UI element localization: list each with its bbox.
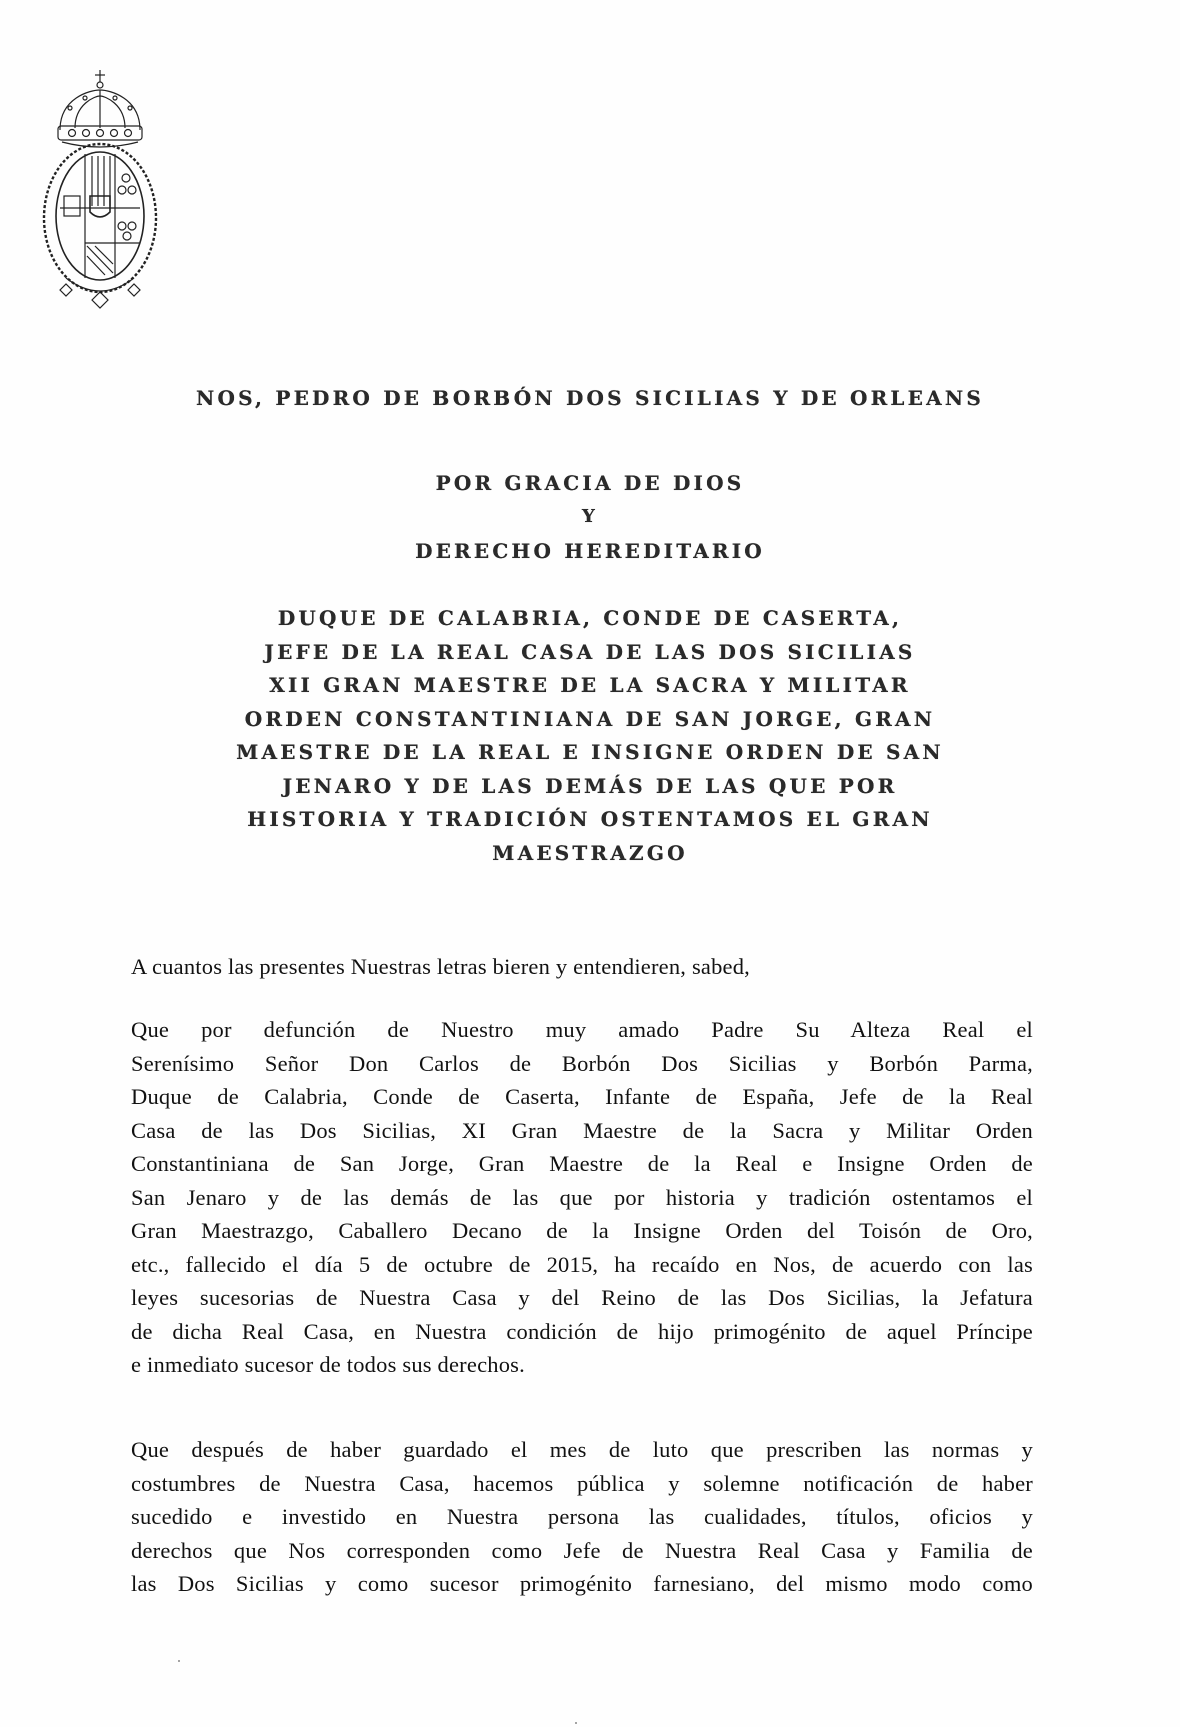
paragraph-line: Serenísimo Señor Don Carlos de Borbón Do… xyxy=(131,1047,1033,1081)
grace-line-1: POR GRACIA DE DIOS xyxy=(0,466,1180,500)
body-paragraph-2: Que después de haber guardado el mes de … xyxy=(131,1433,1033,1601)
title-line: ORDEN CONSTANTINIANA DE SAN JORGE, GRAN xyxy=(0,703,1180,737)
greeting-text: A cuantos las presentes Nuestras letras … xyxy=(131,950,1033,984)
paragraph-line: Duque de Calabria, Conde de Caserta, Inf… xyxy=(131,1080,1033,1114)
titles-heading: DUQUE DE CALABRIA, CONDE DE CASERTA, JEF… xyxy=(0,602,1180,870)
paragraph-line: etc., fallecido el día 5 de octubre de 2… xyxy=(131,1248,1033,1282)
paragraph-line: Gran Maestrazgo, Caballero Decano de la … xyxy=(131,1214,1033,1248)
document-page: NOS, PEDRO DE BORBÓN DOS SICILIAS Y DE O… xyxy=(0,0,1180,1727)
paragraph-line: Que después de haber guardado el mes de … xyxy=(131,1433,1033,1467)
paragraph-line: costumbres de Nuestra Casa, hacemos públ… xyxy=(131,1467,1033,1501)
title-line: DUQUE DE CALABRIA, CONDE DE CASERTA, xyxy=(0,602,1180,636)
scan-speck xyxy=(178,1660,180,1662)
paragraph-line: las Dos Sicilias y como sucesor primogén… xyxy=(131,1567,1033,1601)
title-line: JENARO Y DE LAS DEMÁS DE LAS QUE POR xyxy=(0,770,1180,804)
paragraph-line: leyes sucesorias de Nuestra Casa y del R… xyxy=(131,1281,1033,1315)
title-line: MAESTRE DE LA REAL E INSIGNE ORDEN DE SA… xyxy=(0,736,1180,770)
paragraph-line: San Jenaro y de las demás de las que por… xyxy=(131,1181,1033,1215)
paragraph-line: sucedido e investido en Nuestra persona … xyxy=(131,1500,1033,1534)
royal-coat-of-arms-icon xyxy=(40,68,160,318)
grace-heading: POR GRACIA DE DIOS Y DERECHO HEREDITARIO xyxy=(0,466,1180,568)
scan-speck xyxy=(575,1722,577,1724)
body-paragraph-1: Que por defunción de Nuestro muy amado P… xyxy=(131,1013,1033,1382)
name-line: NOS, PEDRO DE BORBÓN DOS SICILIAS Y DE O… xyxy=(196,386,984,410)
grace-line-2: Y xyxy=(0,500,1180,534)
paragraph-line: derechos que Nos corresponden como Jefe … xyxy=(131,1534,1033,1568)
title-line: XII GRAN MAESTRE DE LA SACRA Y MILITAR xyxy=(0,669,1180,703)
paragraph-line: Que por defunción de Nuestro muy amado P… xyxy=(131,1013,1033,1047)
greeting-paragraph: A cuantos las presentes Nuestras letras … xyxy=(131,950,1033,984)
paragraph-line: de dicha Real Casa, en Nuestra condición… xyxy=(131,1315,1033,1349)
title-line: MAESTRAZGO xyxy=(0,837,1180,871)
paragraph-line: Constantiniana de San Jorge, Gran Maestr… xyxy=(131,1147,1033,1181)
title-line: JEFE DE LA REAL CASA DE LAS DOS SICILIAS xyxy=(0,636,1180,670)
title-line: HISTORIA Y TRADICIÓN OSTENTAMOS EL GRAN xyxy=(0,803,1180,837)
paragraph-line: e inmediato sucesor de todos sus derecho… xyxy=(131,1348,1033,1382)
sovereign-name-heading: NOS, PEDRO DE BORBÓN DOS SICILIAS Y DE O… xyxy=(0,386,1180,410)
grace-line-3: DERECHO HEREDITARIO xyxy=(0,534,1180,568)
paragraph-line: Casa de las Dos Sicilias, XI Gran Maestr… xyxy=(131,1114,1033,1148)
